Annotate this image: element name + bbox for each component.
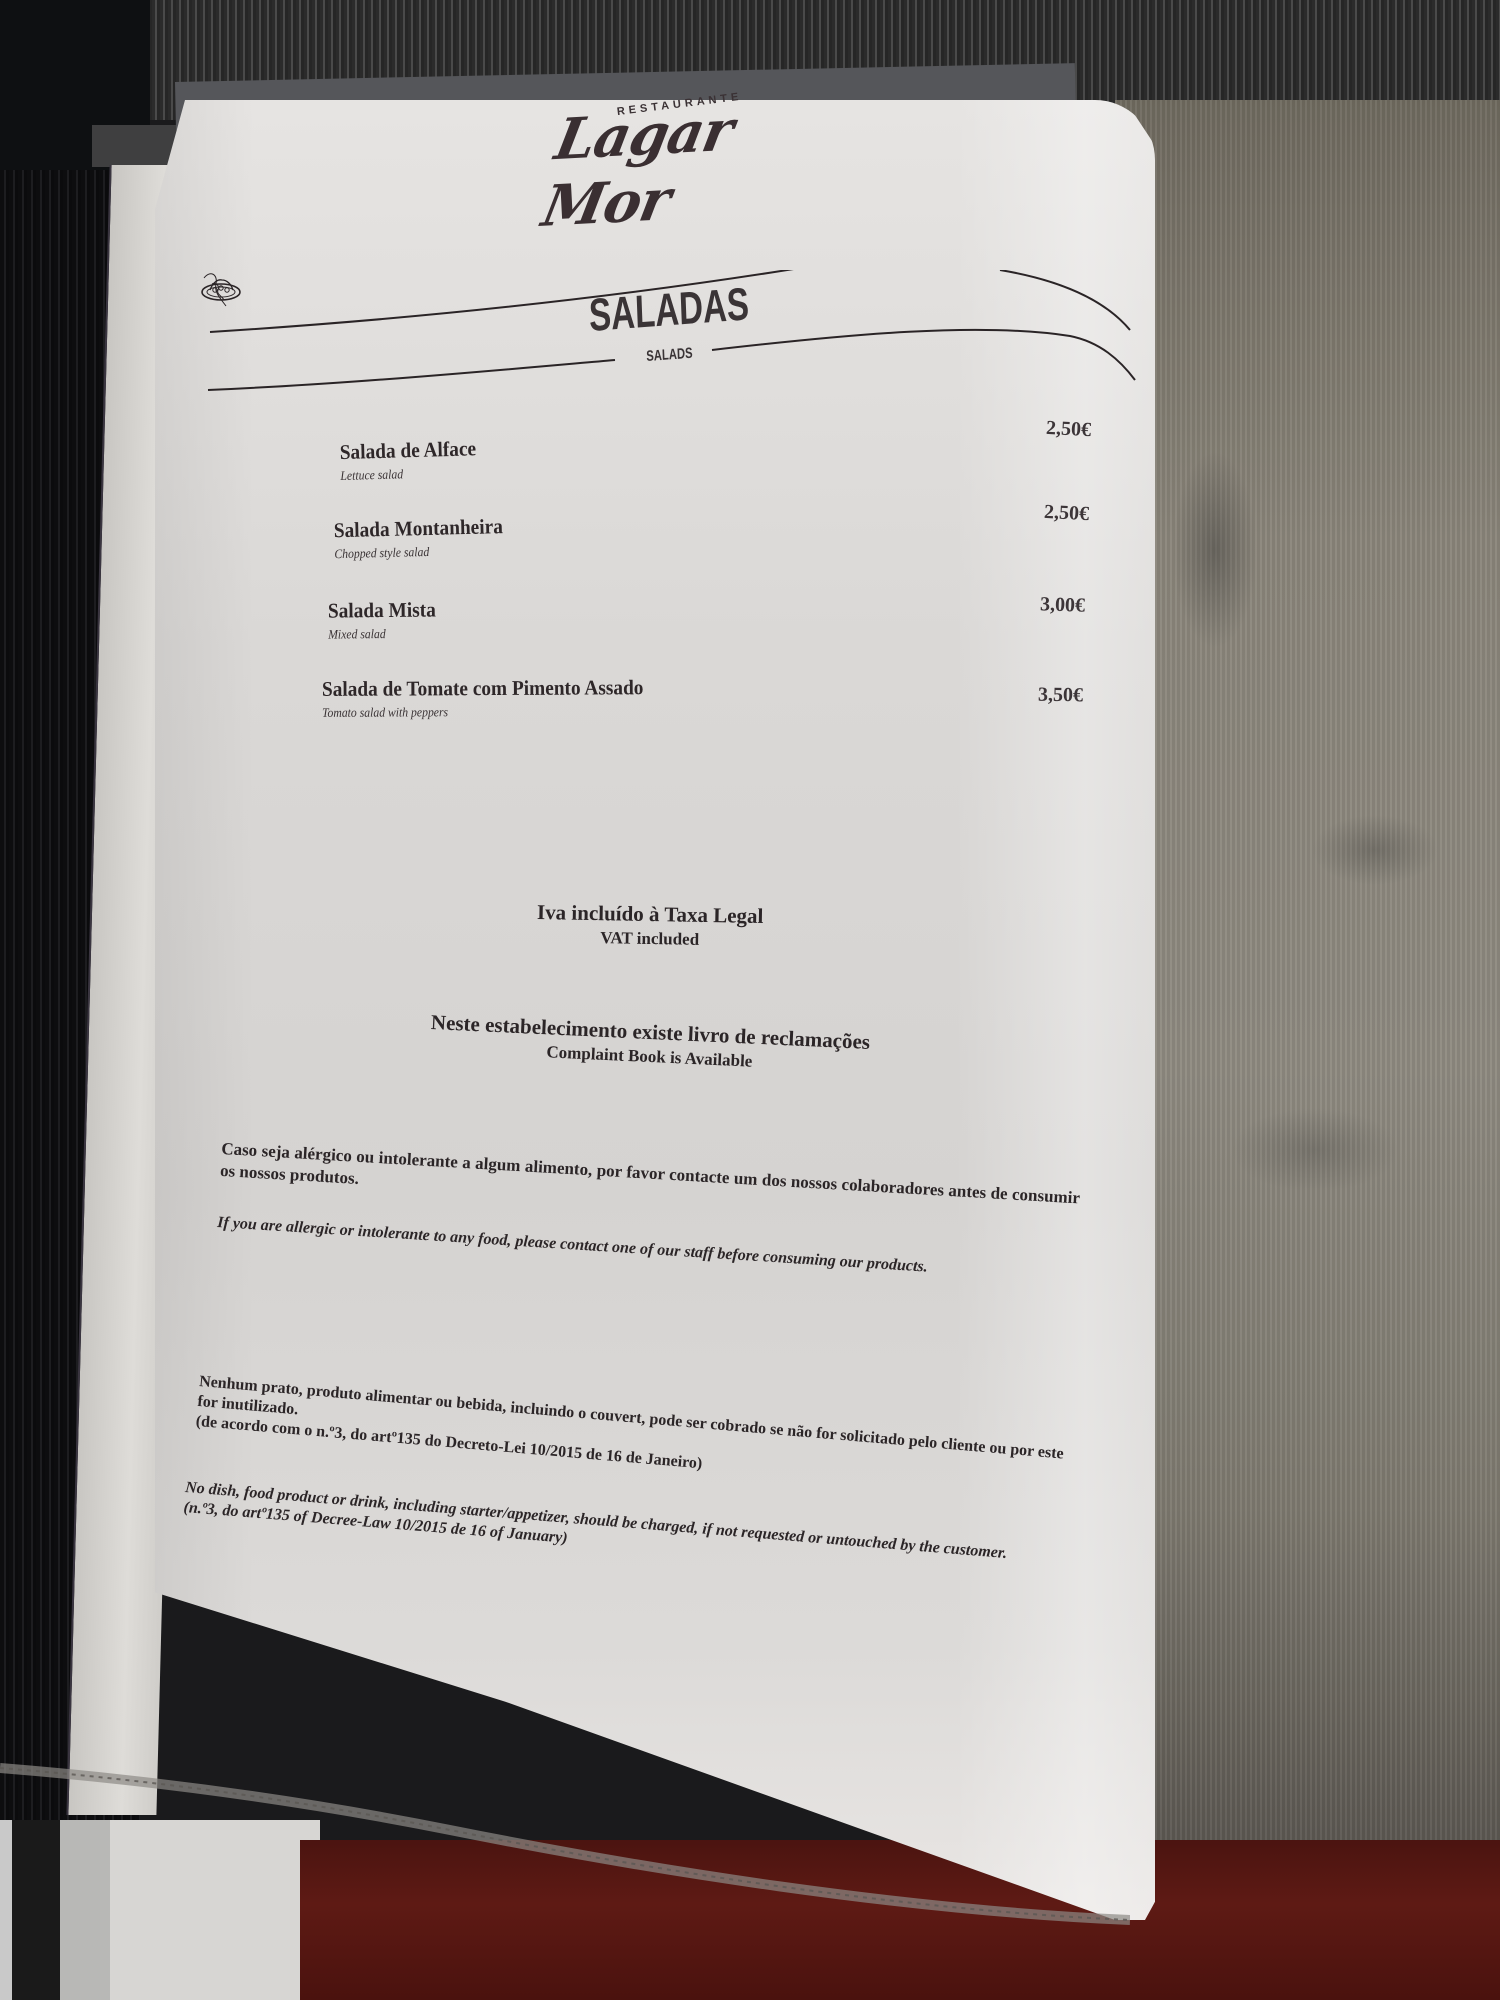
vat-notice-pt: Iva incluído à Taxa Legal	[500, 899, 800, 929]
item-price: 3,00€	[1040, 593, 1086, 618]
item-price: 2,50€	[1043, 501, 1089, 526]
complaint-notice: Neste estabelecimento existe livro de re…	[364, 1007, 936, 1080]
item-description: Tomato salad with peppers	[322, 703, 637, 721]
menu-item: Salada Montanheira Chopped style salad	[333, 514, 518, 562]
item-price: 2,50€	[1045, 417, 1091, 442]
menu-content: RESTAURANTE Lagar Mor SALADAS SALADS Sal…	[0, 0, 1500, 2000]
logo-name: Lagar Mor	[537, 92, 843, 240]
vat-notice: Iva incluído à Taxa Legal VAT included	[500, 899, 801, 951]
section-subtitle: SALADS	[646, 345, 693, 365]
item-price: 3,50€	[1038, 684, 1083, 708]
menu-item: Salada Mista Mixed salad	[328, 597, 446, 642]
item-description: Lettuce salad	[340, 464, 474, 484]
allergy-notice-pt: Caso seja alérgico ou intolerante a algu…	[219, 1138, 1080, 1231]
restaurant-logo: RESTAURANTE Lagar Mor	[545, 71, 830, 196]
decorative-leaf-icon	[200, 270, 230, 310]
item-description: Chopped style salad	[334, 542, 500, 562]
couvert-notice-pt: Nenhum prato, produto alimentar ou bebid…	[195, 1372, 1077, 1505]
item-name: Salada de Tomate com Pimento Assado	[322, 675, 644, 702]
item-name: Salada Mista	[328, 597, 436, 623]
section-header: SALADAS SALADS	[200, 270, 1140, 400]
item-description: Mixed salad	[328, 626, 434, 643]
menu-item: Salada de Tomate com Pimento Assado Toma…	[322, 675, 672, 721]
vat-notice-en: VAT included	[500, 926, 800, 951]
menu-item: Salada de Alface Lettuce salad	[339, 436, 488, 484]
item-name: Salada Montanheira	[333, 514, 503, 543]
item-name: Salada de Alface	[339, 436, 476, 465]
couvert-notice-en: No dish, food product or drink, includin…	[183, 1478, 1073, 1589]
